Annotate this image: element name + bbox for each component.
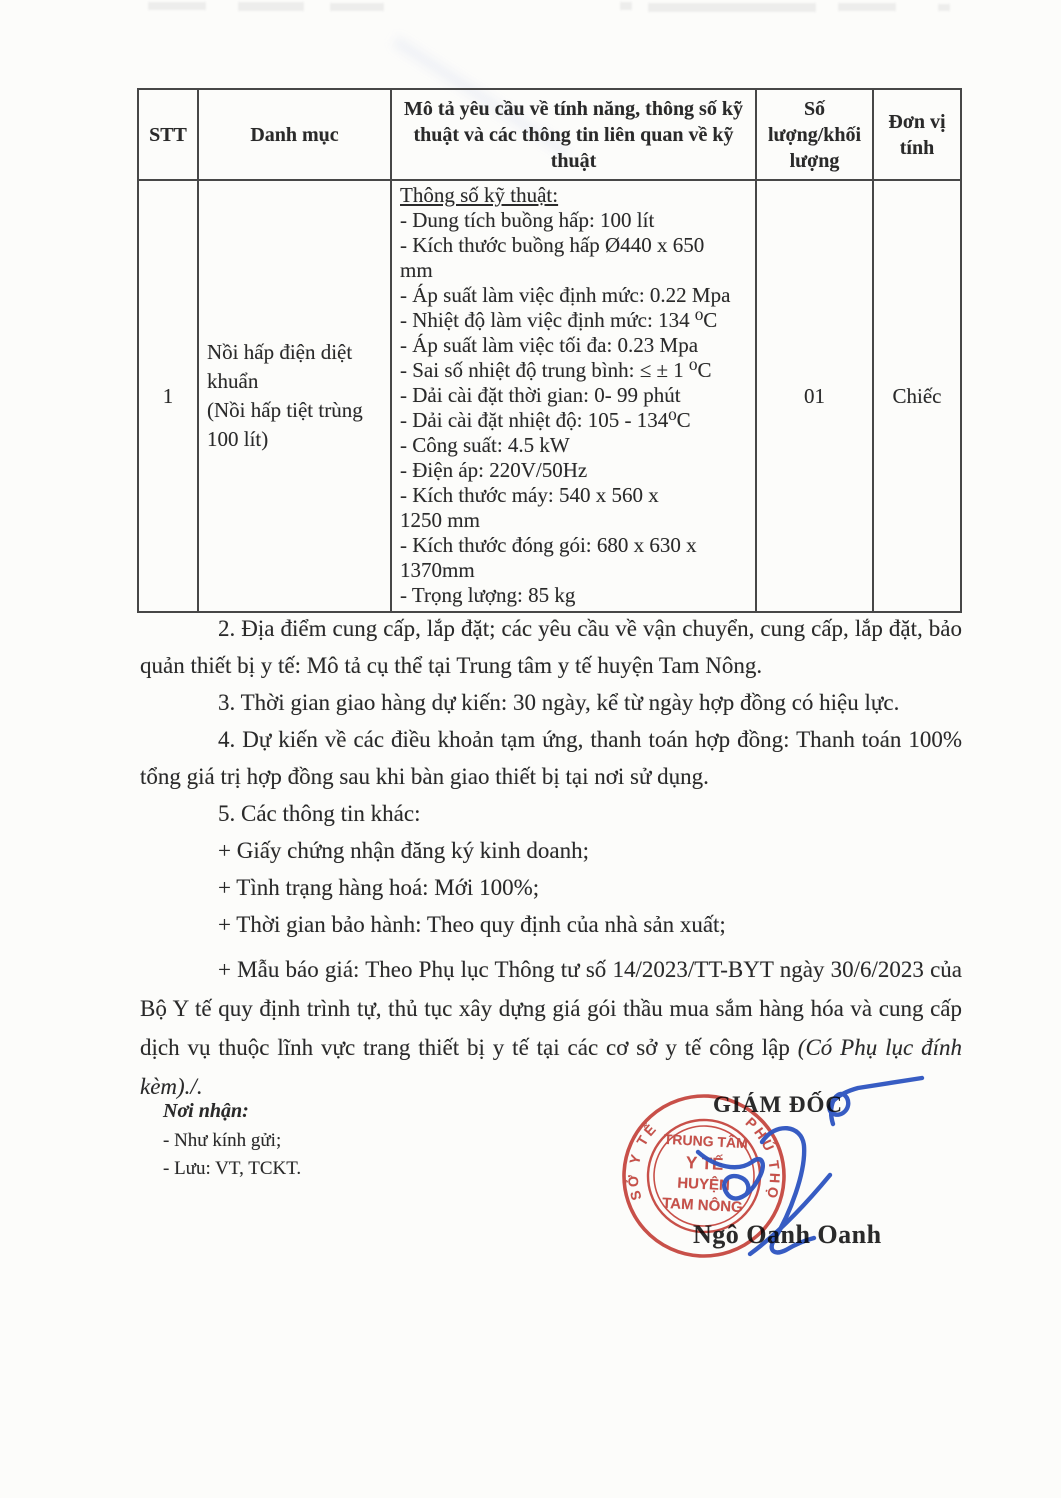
header-so-luong: Số lượng/khối lượng [756, 89, 873, 180]
scan-artifact [620, 2, 632, 10]
table-header-row: STT Danh mục Mô tả yêu cầu về tính năng,… [138, 89, 961, 180]
item-alt-name: (Nồi hấp tiệt trùng 100 lít) [207, 396, 382, 454]
spec-line: - Kích thước đóng gói: 680 x 630 x [400, 533, 747, 558]
spec-line: - Dải cài đặt nhiệt độ: 105 - 134⁰C [400, 408, 747, 433]
spec-line: - Kích thước máy: 540 x 560 x [400, 483, 747, 508]
scan-artifact [838, 3, 896, 11]
row-specifications: Thông số kỹ thuật: - Dung tích buồng hấp… [391, 180, 756, 612]
scan-artifact [238, 2, 304, 11]
spec-line: - Sai số nhiệt độ trung bình: ≤ ± 1 ⁰C [400, 358, 747, 383]
recipients-line: - Như kính gửi; [163, 1127, 301, 1155]
header-stt: STT [138, 89, 198, 180]
stamp-center-line: TRUNG TÂM [663, 1130, 748, 1151]
signature-block: GIÁM ĐỐC Ngô Oanh Oanh SỞ Y TẾ PHÚ THỌ T… [590, 1072, 1030, 1302]
spec-line: 1370mm [400, 558, 747, 583]
row-item-name: Nồi hấp điện diệt khuẩn (Nồi hấp tiệt tr… [198, 180, 391, 612]
row-quantity: 01 [756, 180, 873, 612]
stamp-center-line: Y TẾ [685, 1153, 723, 1174]
stamp-inner-ring [651, 1123, 756, 1228]
scan-artifact [330, 3, 384, 11]
other-info-item: + Thời gian bảo hành: Theo quy định của … [140, 906, 962, 943]
document-page: STT Danh mục Mô tả yêu cầu về tính năng,… [0, 0, 1061, 1498]
item-name: Nồi hấp điện diệt khuẩn [207, 338, 382, 396]
stamp-mid-ring [645, 1117, 763, 1235]
spec-line: - Kích thước buồng hấp Ø440 x 650 [400, 233, 747, 258]
spec-line: - Nhiệt độ làm việc định mức: 134 ⁰C [400, 308, 747, 333]
requirements-table: STT Danh mục Mô tả yêu cầu về tính năng,… [137, 88, 962, 613]
spec-line: - Dải cài đặt thời gian: 0- 99 phút [400, 383, 747, 408]
scan-artifact [938, 4, 950, 11]
spec-title: Thông số kỹ thuật: [400, 183, 747, 208]
spec-line: - Dung tích buồng hấp: 100 lít [400, 208, 747, 233]
scan-artifact [148, 2, 206, 10]
spec-line: - Công suất: 4.5 kW [400, 433, 747, 458]
spec-line: - Trọng lượng: 85 kg [400, 583, 747, 608]
header-mo-ta: Mô tả yêu cầu về tính năng, thông số kỹ … [391, 89, 756, 180]
row-unit: Chiếc [873, 180, 961, 612]
stamp-center-line: HUYỆN [677, 1174, 730, 1195]
row-stt: 1 [138, 180, 198, 612]
paragraph-delivery-time: 3. Thời gian giao hàng dự kiến: 30 ngày,… [140, 684, 962, 721]
header-don-vi: Đơn vị tính [873, 89, 961, 180]
recipients-block: Nơi nhận: - Như kính gửi; - Lưu: VT, TCK… [163, 1100, 301, 1183]
paragraph-other-info-title: 5. Các thông tin khác: [140, 795, 962, 832]
paragraph-payment: 4. Dự kiến về các điều khoản tạm ứng, th… [140, 721, 962, 795]
table-row: 1 Nồi hấp điện diệt khuẩn (Nồi hấp tiệt … [138, 180, 961, 612]
spec-line: mm [400, 258, 747, 283]
spec-line: - Điện áp: 220V/50Hz [400, 458, 747, 483]
stamp-center-line: TAM NÔNG [662, 1194, 743, 1216]
spec-line: 1250 mm [400, 508, 747, 533]
spec-line: - Áp suất làm việc tối đa: 0.23 Mpa [400, 333, 747, 358]
document-body: 2. Địa điểm cung cấp, lắp đặt; các yêu c… [140, 610, 962, 1106]
stamp-ring-text-right: PHÚ THỌ [739, 1114, 787, 1203]
paragraph-location: 2. Địa điểm cung cấp, lắp đặt; các yêu c… [140, 610, 962, 684]
stamp-ring-text-left: SỞ Y TẾ [622, 1118, 661, 1204]
recipients-title: Nơi nhận: [163, 1100, 301, 1123]
spec-line: - Áp suất làm việc định mức: 0.22 Mpa [400, 283, 747, 308]
other-info-item: + Tình trạng hàng hoá: Mới 100%; [140, 869, 962, 906]
other-info-item: + Giấy chứng nhận đăng ký kinh doanh; [140, 832, 962, 869]
signer-position-title: GIÁM ĐỐC [713, 1092, 843, 1118]
recipients-line: - Lưu: VT, TCKT. [163, 1155, 301, 1183]
scan-artifact [648, 3, 816, 12]
signer-name: Ngô Oanh Oanh [693, 1220, 882, 1250]
header-danh-muc: Danh mục [198, 89, 391, 180]
